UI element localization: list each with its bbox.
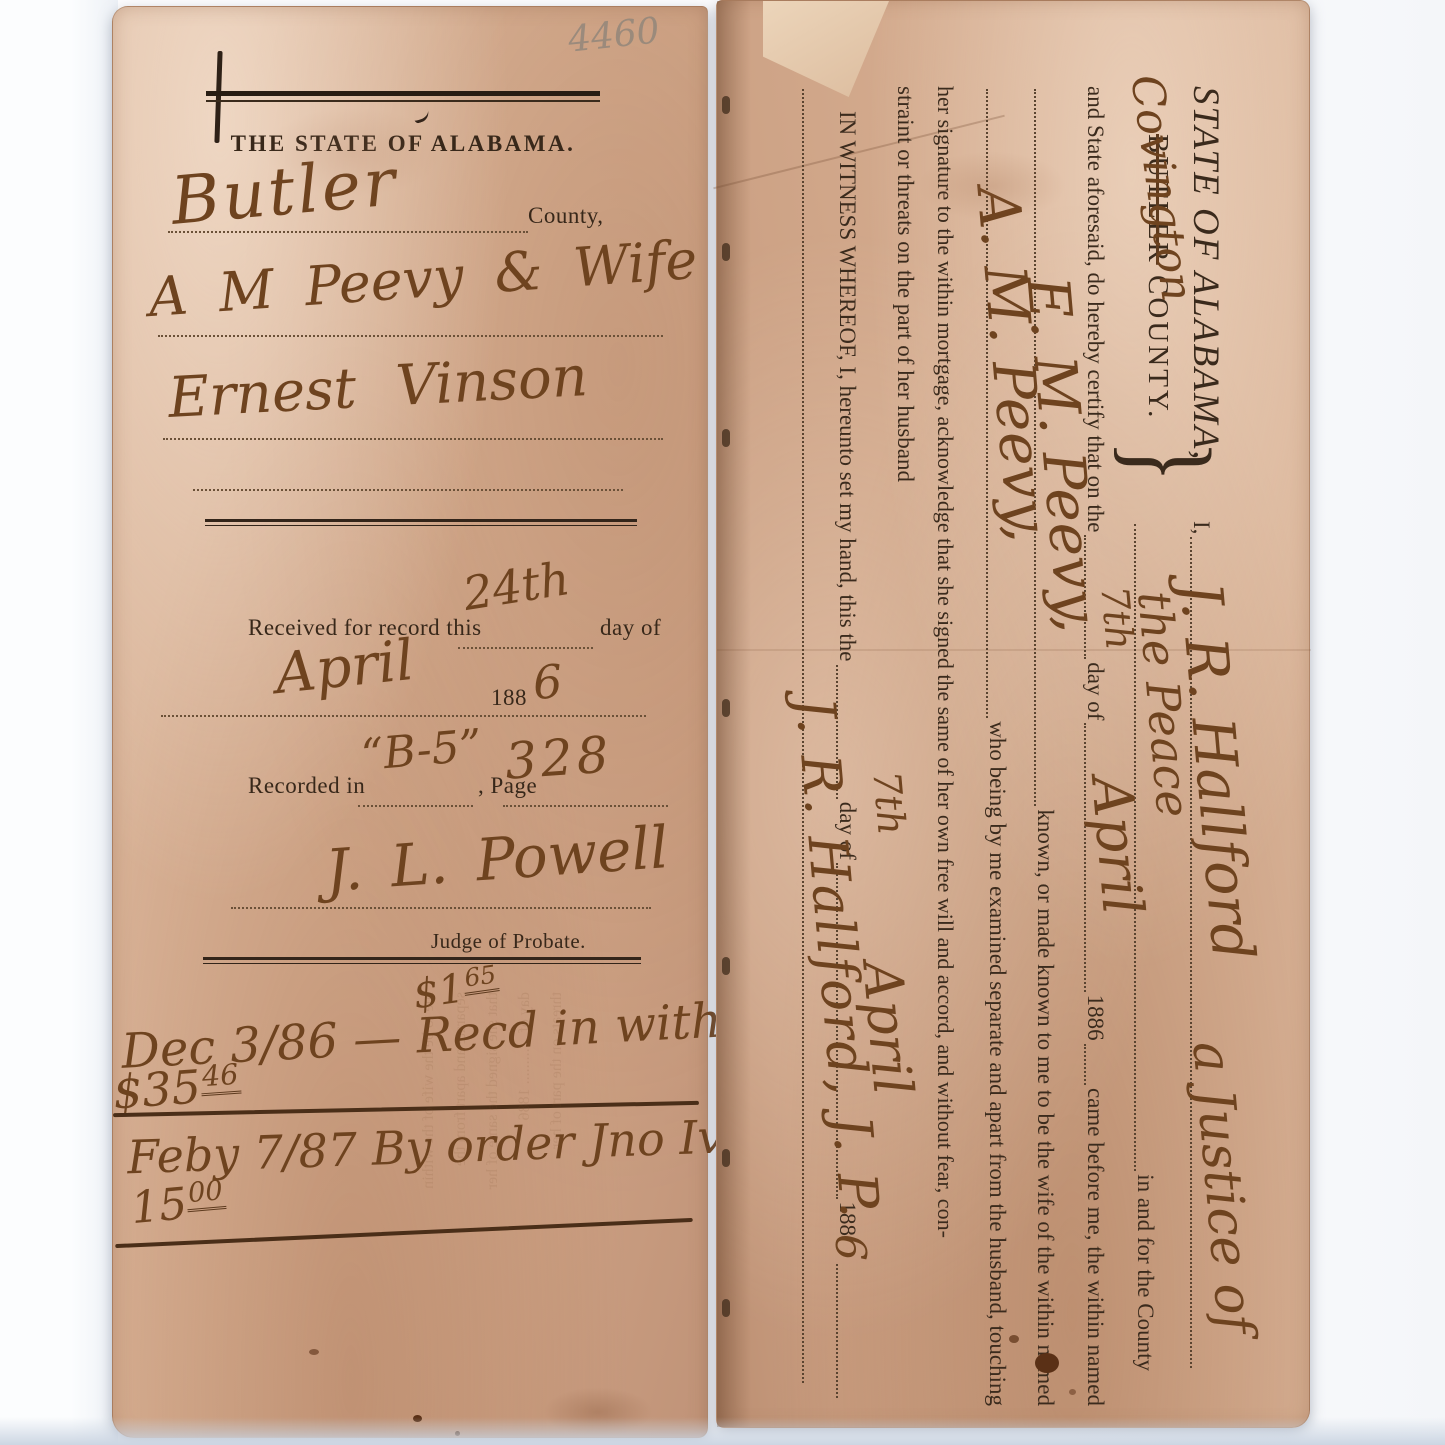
- line-5: who being by me examined separate and ap…: [982, 86, 1011, 1406]
- received-day-handwritten: 24th: [459, 551, 573, 621]
- month-handwritten: April: [1078, 773, 1155, 917]
- year-printed: 188: [491, 685, 527, 711]
- line-9: J. R. Hallford, J. P.: [798, 86, 825, 1386]
- line-1: I, J. R. Hallford a Justice of: [1186, 521, 1215, 1371]
- l6-text: her signature to the within mortgage, ac…: [932, 86, 960, 1238]
- party2-blank-line: [163, 438, 663, 440]
- certificate-heading: STATE OF ALABAMA, BUTLER COUNTY. Covingt…: [1141, 86, 1227, 462]
- scanned-document: 4460 THE STATE OF ALABAMA. Butler County…: [0, 0, 1445, 1445]
- scanner-margin-left: [0, 0, 118, 1445]
- received-day-blank: [458, 647, 593, 649]
- received-suffix: day of: [600, 615, 661, 641]
- l3-dayof: day of: [1080, 662, 1109, 720]
- l2-end: in and for the County: [1130, 1174, 1159, 1371]
- dark-stain-spot: [1069, 1389, 1076, 1395]
- amount1-cents: 46: [199, 1057, 242, 1096]
- divider-rule: [205, 519, 637, 526]
- ghost-line: day of ............ 1886: [509, 992, 541, 1442]
- amount2-dollars: 15: [129, 1178, 189, 1234]
- empty-blank-line: [193, 489, 623, 491]
- scanner-shadow-bottom: [0, 1417, 1445, 1445]
- ghost-line: me to be the wife of the within: [413, 992, 445, 1442]
- certificate-page: STATE OF ALABAMA, BUTLER COUNTY. Covingt…: [716, 0, 1310, 1428]
- county-label: County,: [528, 203, 604, 229]
- ghost-line: separate and apart from the: [445, 992, 477, 1442]
- l3-end: came before me, the within named: [1080, 1088, 1109, 1406]
- page-number-handwritten: 328: [503, 725, 614, 790]
- stain-speck: [309, 1349, 319, 1355]
- heading-brace: }: [1101, 440, 1237, 482]
- witness-day-handwritten: 7th: [864, 769, 913, 837]
- year-digit-handwritten: 6: [531, 654, 564, 710]
- ghost-line: that she signed the same of her: [477, 992, 509, 1442]
- ghost-line: threats on the part of her: [541, 992, 573, 1442]
- l4-end: known, or made known to me to be the wif…: [1030, 809, 1059, 1406]
- fee-cents: 65: [461, 959, 501, 996]
- amount1-dollars: $35: [111, 1059, 202, 1119]
- l7-text: straint or threats on the part of her hu…: [890, 86, 919, 482]
- l8-start: IN WITNESS WHEREOF, I, hereunto set my h…: [832, 111, 861, 662]
- amount2-cents: 00: [185, 1175, 227, 1212]
- credit-amount-2: 1500: [129, 1175, 228, 1234]
- book-handwritten: “B-5”: [359, 720, 484, 781]
- book-blank-line: [358, 805, 473, 807]
- party-grantee-handwritten: Ernest Vinson: [167, 344, 590, 431]
- judge-signature-handwritten: J. L. Powell: [323, 813, 671, 905]
- line-3: and State aforesaid, do hereby certify t…: [1080, 86, 1109, 1406]
- year-digit-handwritten: 6: [826, 1234, 875, 1261]
- paper-stain: [263, 107, 443, 197]
- recorded-prefix: Recorded in: [248, 773, 365, 799]
- party-grantor-handwritten: A M Peevy & Wife: [146, 228, 699, 329]
- month-blank-line: [161, 715, 646, 717]
- show-through-ghost-text: me to be the wife of the within separate…: [413, 992, 685, 1442]
- divider-rule-bottom: [203, 957, 641, 964]
- blank-dots: [836, 1264, 859, 1398]
- jacket-cover-page: 4460 THE STATE OF ALABAMA. Butler County…: [112, 6, 708, 1438]
- l1-pronoun: I,: [1186, 521, 1215, 534]
- l3-year: 1886: [1080, 995, 1109, 1041]
- blank-dots: [1084, 1044, 1107, 1085]
- l5-end: who being by me examined separate and ap…: [982, 721, 1011, 1406]
- dark-stain-spot: [1035, 1353, 1059, 1373]
- header-rule: [206, 91, 600, 102]
- judge-title: Judge of Probate.: [431, 929, 586, 954]
- month-handwritten: April: [272, 628, 417, 707]
- county-blank-line: [168, 231, 528, 233]
- dark-stain-spot: [1009, 1335, 1019, 1343]
- paper-stain: [917, 151, 1067, 221]
- party1-blank-line: [158, 335, 663, 337]
- line-7: straint or threats on the part of her hu…: [890, 86, 919, 482]
- page-blank-line: [503, 805, 668, 807]
- pencil-file-number: 4460: [566, 10, 661, 60]
- signature-blank-line: [231, 907, 651, 909]
- line-6: her signature to the within mortgage, ac…: [932, 86, 960, 1406]
